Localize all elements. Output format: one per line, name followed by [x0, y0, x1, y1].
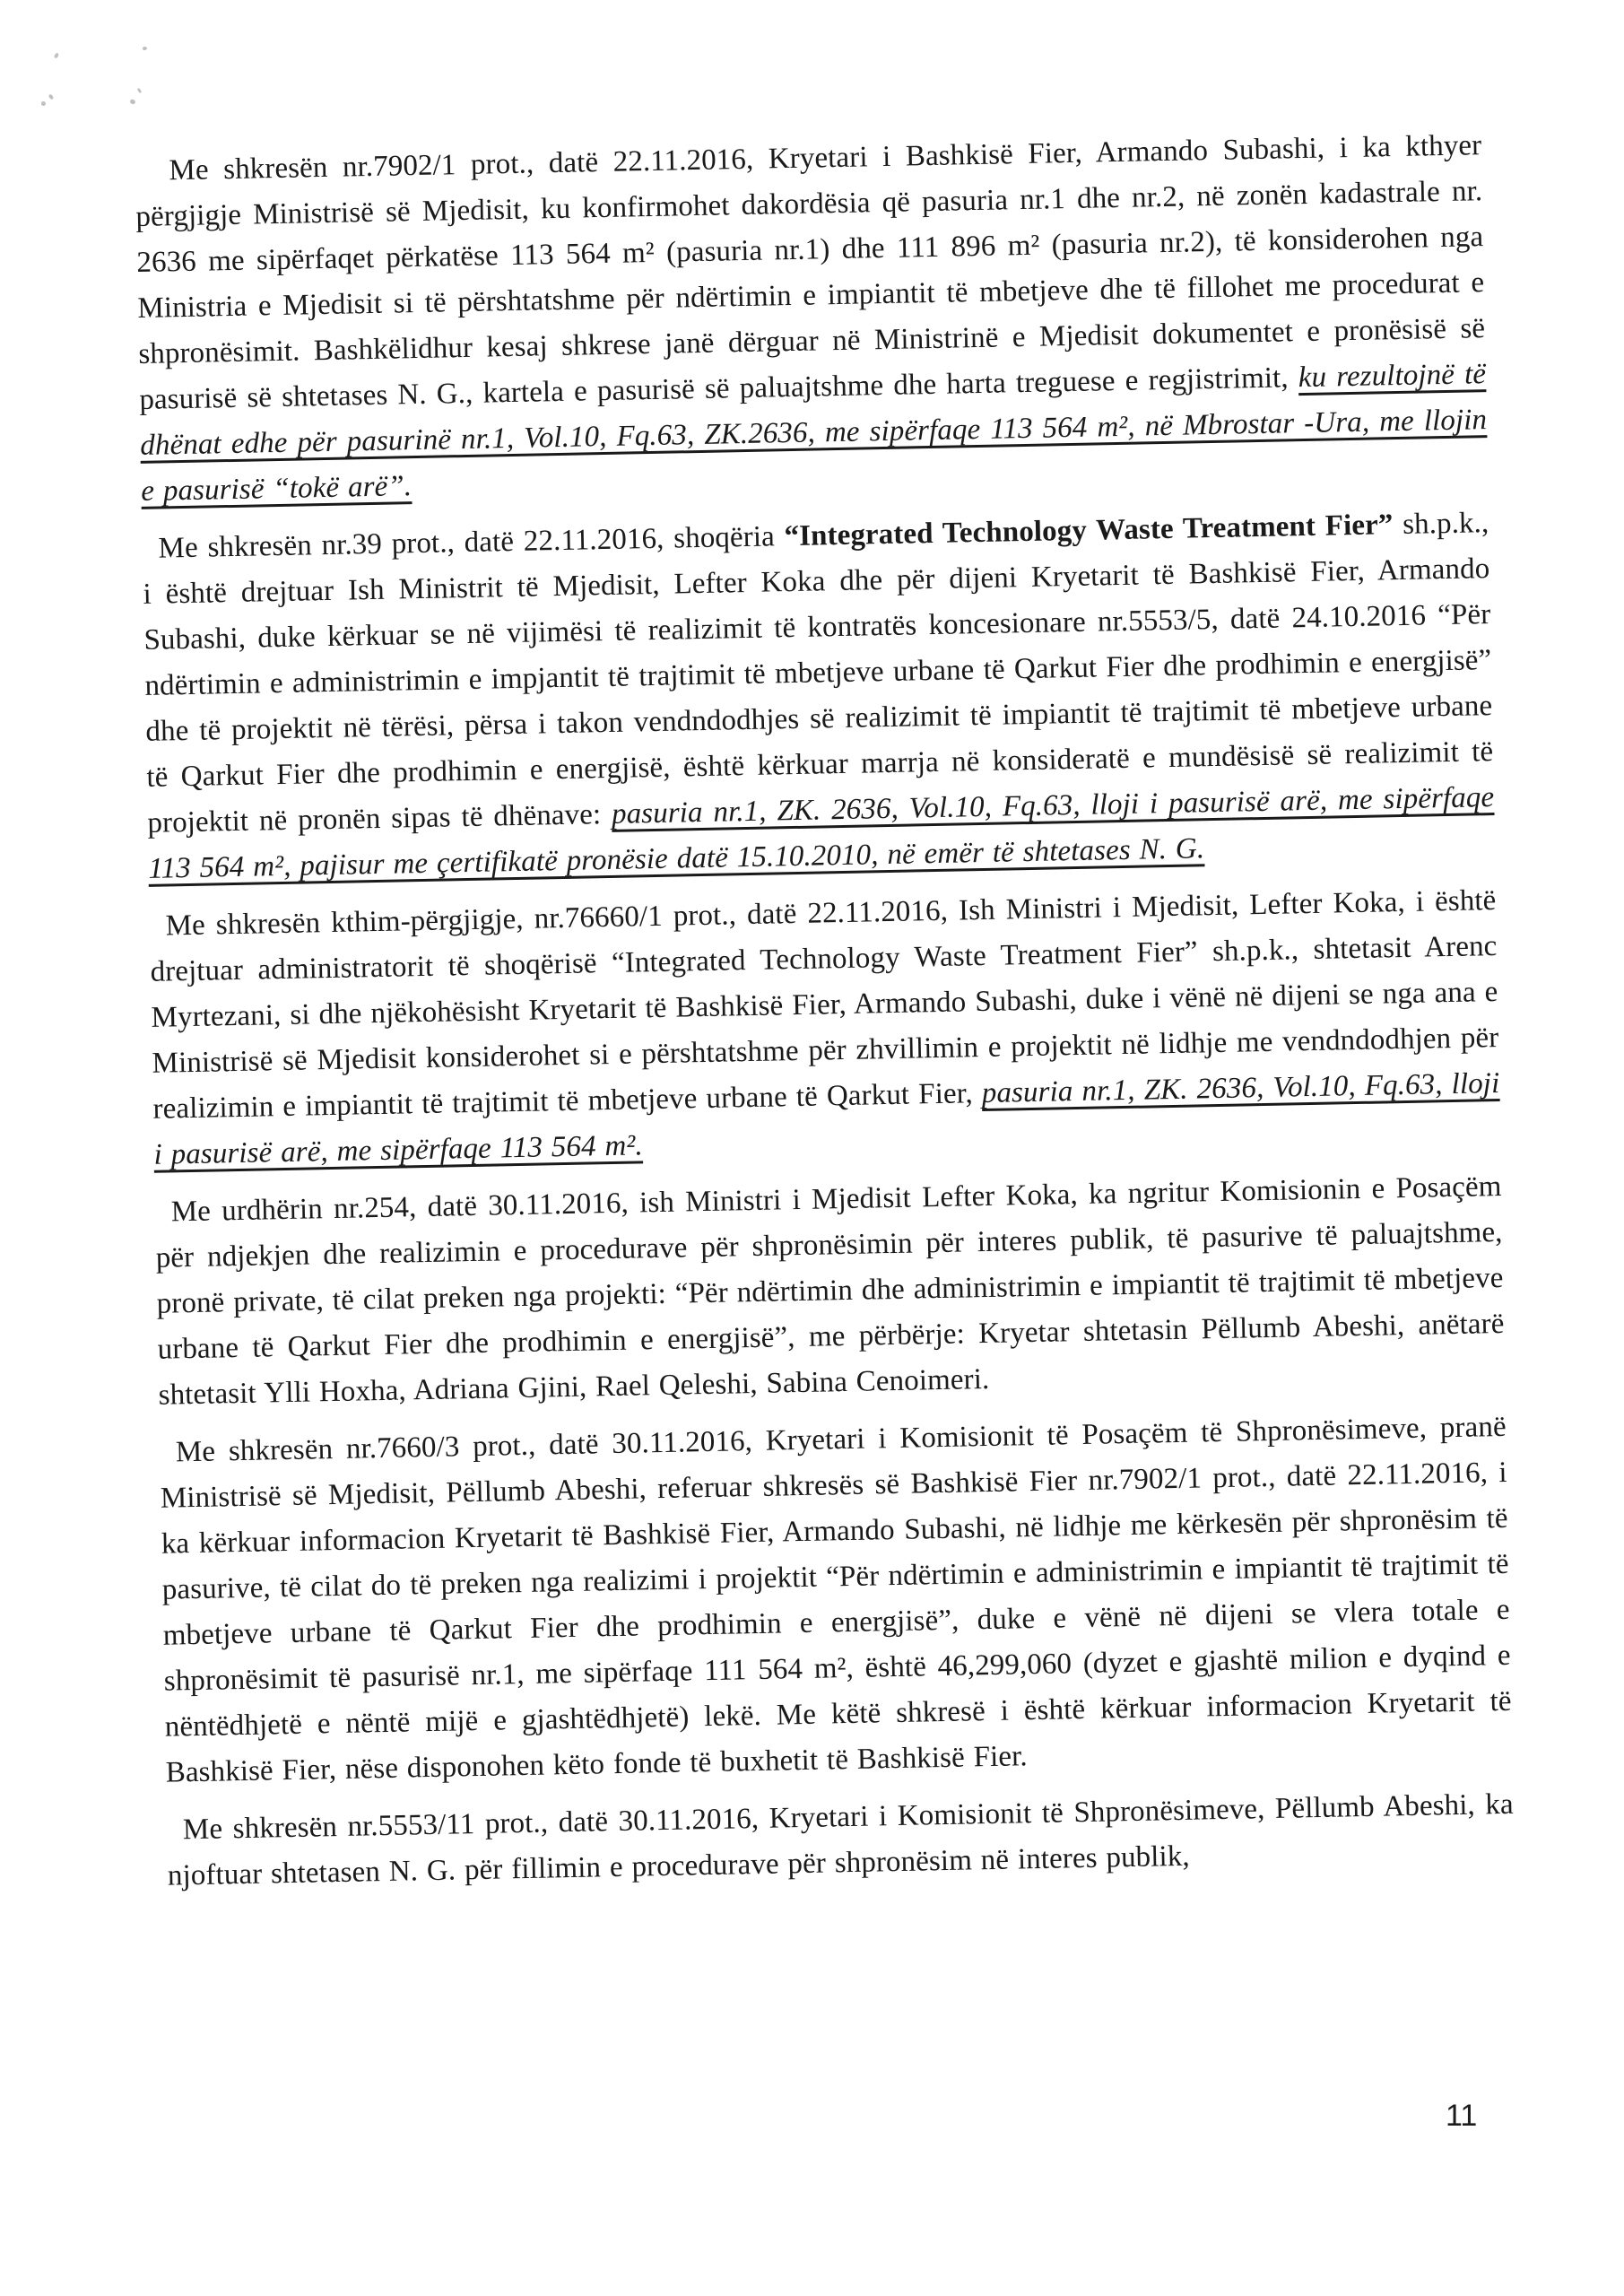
paragraph-4: Me urdhërin nr.254, datë 30.11.2016, ish… — [154, 1164, 1506, 1419]
paragraph-5: Me shkresën nr.7660/3 prot., datë 30.11.… — [159, 1405, 1513, 1796]
text-segment: Me shkresën nr.5553/11 prot., datë 30.11… — [168, 1788, 1514, 1892]
text-segment: Me shkresën nr.7660/3 prot., datë 30.11.… — [161, 1411, 1512, 1789]
scan-speck — [137, 88, 143, 94]
text-segment: Me urdhërin nr.254, datë 30.11.2016, ish… — [155, 1170, 1504, 1412]
scan-speck — [54, 52, 60, 58]
scan-speck — [41, 101, 46, 106]
scan-speck — [48, 93, 55, 100]
paragraph-6: Me shkresën nr.5553/11 prot., datë 30.11… — [167, 1782, 1515, 1900]
paragraph-3: Me shkresën kthim-përgjigje, nr.76660/1 … — [149, 878, 1501, 1178]
text-segment: Me shkresën nr.7902/1 prot., datë 22.11.… — [135, 129, 1485, 416]
bold-segment: “Integrated Technology Waste Treatment F… — [784, 509, 1394, 552]
scan-speck — [129, 99, 136, 105]
paragraph-1: Me shkresën nr.7902/1 prot., datë 22.11.… — [135, 123, 1489, 515]
page-number: 11 — [1446, 2099, 1477, 2134]
scanned-document-page: Me shkresën nr.7902/1 prot., datë 22.11.… — [0, 0, 1624, 2296]
text-segment: Me shkresën nr.39 prot., datë 22.11.2016… — [158, 520, 785, 564]
scan-speck — [142, 46, 147, 50]
paragraph-2: Me shkresën nr.39 prot., datë 22.11.2016… — [142, 500, 1496, 892]
document-body: Me shkresën nr.7902/1 prot., datë 22.11.… — [135, 123, 1515, 1910]
